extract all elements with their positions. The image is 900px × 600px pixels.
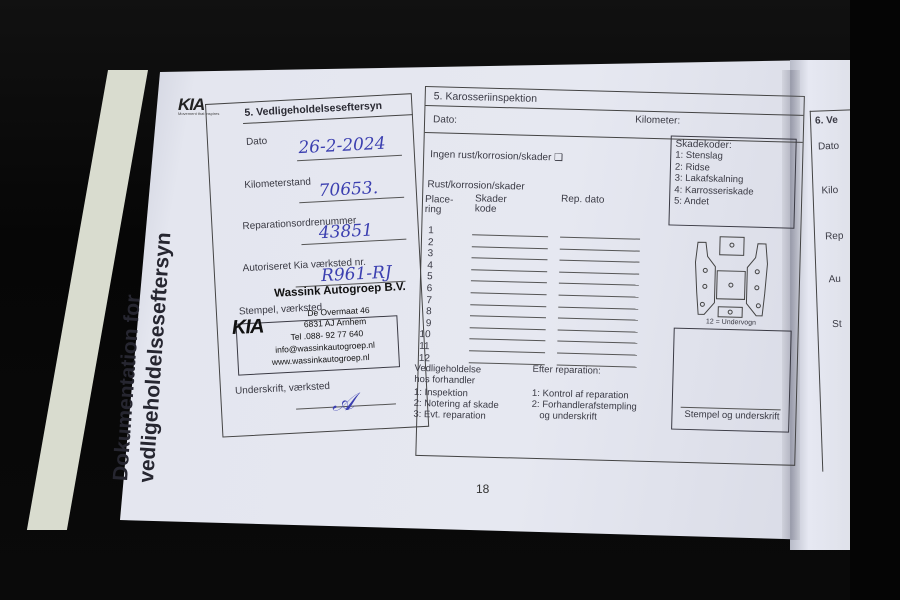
after-repair-title: Efter reparation: <box>532 364 600 377</box>
repair-date-field[interactable] <box>559 260 639 263</box>
damage-code-field[interactable] <box>472 246 548 249</box>
next-page-label: Au <box>828 274 841 285</box>
repair-date-field[interactable] <box>560 248 640 251</box>
list-item: 2: Ridse <box>675 161 710 173</box>
repair-date-field[interactable] <box>558 318 638 321</box>
damage-code-field[interactable] <box>472 234 548 237</box>
damage-code-field[interactable] <box>471 281 547 284</box>
damage-code-field[interactable] <box>470 304 546 307</box>
row-number: 2 <box>428 237 434 248</box>
col-placering: Place- ring <box>425 195 454 216</box>
body-inspection-title: 5. Karosseriinspektion <box>434 90 538 105</box>
list-item: 3: Evt. reparation <box>413 409 486 422</box>
title-divider <box>425 105 803 116</box>
repair-date-field[interactable] <box>558 306 638 309</box>
stamp-signature-label: Stempel og underskrift <box>684 409 779 422</box>
repair-date-field[interactable] <box>559 271 639 274</box>
damage-code-field[interactable] <box>470 327 546 330</box>
list-item: 1: Stenslag <box>675 150 723 162</box>
signature-label: Underskrift, værksted <box>235 381 330 397</box>
row-number: 6 <box>427 283 433 294</box>
col-skader-kode: Skader kode <box>475 194 507 215</box>
stamp-city: 6831 AJ Arnhem <box>304 316 367 329</box>
row-number: 1 <box>428 225 434 236</box>
row-number: 5 <box>427 272 433 283</box>
date-value[interactable]: 26-2-2024 <box>298 134 386 159</box>
damage-code-field[interactable] <box>469 350 545 353</box>
next-page-label: Rep <box>825 231 844 243</box>
damage-codes-box: Skadekoder: 1: Stenslag2: Ridse3: Lakafs… <box>668 135 796 228</box>
damage-code-field[interactable] <box>471 292 547 295</box>
list-item: 2: Forhandlerafstempling og underskrift <box>531 399 637 424</box>
row-number: 9 <box>426 318 432 329</box>
repair-date-field[interactable] <box>559 283 639 286</box>
no-rust-label: Ingen rust/korrosion/skader ❏ <box>430 149 563 163</box>
row-number: 10 <box>419 329 430 340</box>
dealer-stamp: Wassink Autogroep B.V. KIA De Overmaat 4… <box>232 280 426 380</box>
next-page-label: St <box>832 319 842 330</box>
dark-background-right <box>850 0 900 600</box>
date-label: Dato <box>246 136 268 148</box>
row-number: 3 <box>427 248 433 259</box>
next-page-label: Kilo <box>821 185 838 197</box>
diagram-caption: 12 = Undervogn <box>706 318 756 326</box>
col-rep-dato: Rep. dato <box>561 194 605 206</box>
repair-date-field[interactable] <box>559 295 639 298</box>
stamp-brand-logo: KIA <box>231 315 264 340</box>
next-page-label: Dato <box>818 141 839 153</box>
repair-date-field[interactable] <box>560 237 640 240</box>
damage-code-field[interactable] <box>470 315 546 318</box>
list-item: 5: Andet <box>674 196 709 208</box>
inspection-date-label: Dato: <box>433 114 457 126</box>
car-underbody-diagram: 12 = Undervogn <box>690 232 772 324</box>
rust-label: Rust/korrosion/skader <box>427 179 525 193</box>
damage-code-field[interactable] <box>472 257 548 260</box>
repair-date-field[interactable] <box>557 341 637 344</box>
next-page-title: 6. Ve <box>815 115 838 127</box>
inspection-km-label: Kilometer: <box>635 115 680 127</box>
stamp-signature-box: Stempel og underskrift <box>671 328 792 433</box>
row-number: 7 <box>426 295 432 306</box>
damage-code-field[interactable] <box>469 339 545 342</box>
repair-date-field[interactable] <box>557 353 637 356</box>
service-form-box: 5. Vedligeholdelseseftersyn Dato 26-2-20… <box>205 93 429 437</box>
row-number: 4 <box>427 260 433 271</box>
damage-code-field[interactable] <box>471 269 547 272</box>
body-inspection-box: 5. Karosseriinspektion Dato: Kilometer: … <box>415 86 805 466</box>
row-number: 11 <box>419 341 430 352</box>
signature: 𝒜 <box>331 388 355 417</box>
dealer-service-title: Vedligeholdelse hos forhandler <box>414 363 481 387</box>
page-number: 18 <box>476 482 489 496</box>
repair-date-field[interactable] <box>558 329 638 332</box>
no-rust-checkbox[interactable]: ❏ <box>554 152 563 163</box>
km-label: Kilometerstand <box>244 177 311 191</box>
row-number: 8 <box>426 306 432 317</box>
